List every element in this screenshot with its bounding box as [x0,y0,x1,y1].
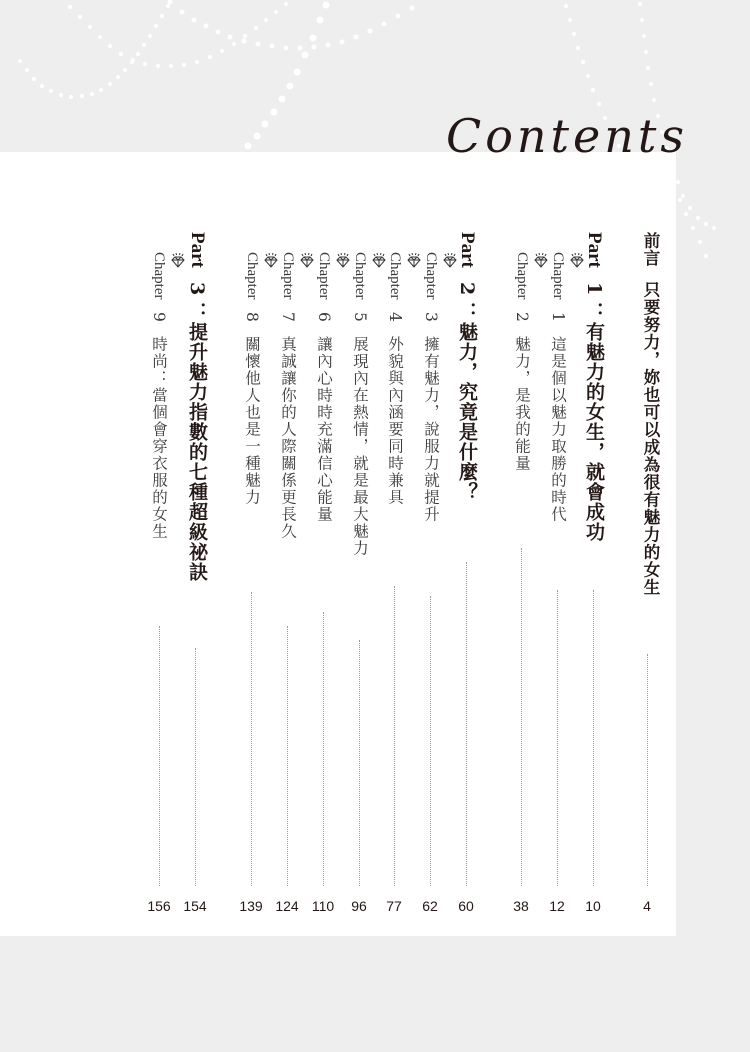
part-label: Part [457,232,478,268]
chapter-title: 魅力，是我的能量 [513,336,531,472]
leader-dots-chapter-9 [159,626,160,886]
chapter-number: 5 [351,312,369,323]
pearl-curve-upper [168,0,415,51]
page-number-part-2[interactable]: 60 [446,898,486,914]
chapter-number: 6 [315,312,333,323]
part-number: 2 [456,282,478,296]
chapter-title: 真誠讓你的人際關係更長久 [279,336,297,540]
page-number-chapter-9[interactable]: 156 [139,898,179,914]
leader-dots-chapter-3 [430,596,431,886]
chapter-label: Chapter [316,252,332,299]
page-number-part-3[interactable]: 154 [175,898,215,914]
chapter-number: 9 [150,312,168,323]
chapter-title: 擁有魅力，說服力就提升 [422,336,440,523]
page-number-chapter-7[interactable]: 124 [267,898,307,914]
toc-entry-preface[interactable]: 前言只要努力，妳也可以成為很有魅力的女生 [638,232,662,596]
page-number-chapter-8[interactable]: 139 [231,898,271,914]
chapter-title: 時尚：當個會穿衣服的女生 [150,336,168,540]
chapter-number: 2 [513,312,531,323]
diamond-icon [263,252,279,268]
page-number-chapter-1[interactable]: 12 [537,898,577,914]
page-number-preface[interactable]: 4 [627,898,667,914]
pearl-curve-left [18,4,170,99]
toc-entry-chapter-5[interactable]: Chapter 5 展現內在熱情，就是最大魅力 [349,252,387,557]
pearl-curve-middle [68,2,288,68]
part-label: Part [187,232,208,268]
leader-dots-part-1 [593,590,594,886]
toc-entry-chapter-3[interactable]: Chapter 3 擁有魅力，說服力就提升 [420,252,458,523]
toc-entry-chapter-6[interactable]: Chapter 6 讓內心時時充滿信心能量 [313,252,351,523]
chapter-number: 1 [549,312,567,323]
leader-dots-chapter-1 [557,590,558,886]
diamond-icon [170,252,186,268]
part-title: 有魅力的女生，就會成功 [583,322,605,542]
page-number-chapter-6[interactable]: 110 [303,898,343,914]
toc-entry-chapter-7[interactable]: Chapter 7 真誠讓你的人際關係更長久 [277,252,315,540]
leader-dots-chapter-4 [394,586,395,886]
page-number-part-1[interactable]: 10 [573,898,613,914]
part-separator: ： [186,302,208,322]
toc-entry-part-1[interactable]: Part 1：有魅力的女生，就會成功 [581,232,608,542]
toc-entry-chapter-9[interactable]: Chapter 9 時尚：當個會穿衣服的女生 [148,252,186,540]
diamond-icon [371,252,387,268]
diamond-icon [442,252,458,268]
page-number-chapter-3[interactable]: 62 [410,898,450,914]
chapter-label: Chapter [387,252,403,299]
chapter-title: 這是個以魅力取勝的時代 [549,336,567,523]
chapter-number: 4 [386,312,404,323]
chapter-number: 7 [279,312,297,323]
chapter-label: Chapter [514,252,530,299]
leader-dots-chapter-5 [359,640,360,886]
chapter-title: 外貌與內涵要同時兼具 [386,336,404,506]
chapter-label: Chapter [423,252,439,299]
page-number-chapter-4[interactable]: 77 [374,898,414,914]
toc-entry-chapter-2[interactable]: Chapter 2 魅力，是我的能量 [511,252,549,472]
chapter-title: 讓內心時時充滿信心能量 [315,336,333,523]
preface-label: 前言 [641,232,660,267]
leader-dots-chapter-8 [251,592,252,886]
leader-dots-preface [647,654,648,886]
chapter-label: Chapter [550,252,566,299]
part-title: 魅力，究竟是什麼？ [456,322,478,502]
leader-dots-part-3 [195,648,196,886]
toc-entry-part-2[interactable]: Part 2：魅力，究竟是什麼？ [454,232,481,502]
toc-entry-chapter-4[interactable]: Chapter 4 外貌與內涵要同時兼具 [384,252,422,506]
page-number-chapter-2[interactable]: 38 [501,898,541,914]
diamond-icon [299,252,315,268]
part-title: 提升魅力指數的七種超級祕訣 [186,322,208,582]
page-title: Contents [446,104,656,168]
toc-entry-part-3[interactable]: Part 3：提升魅力指數的七種超級祕訣 [184,232,211,582]
chapter-title: 關懷他人也是一種魅力 [243,336,261,506]
part-number: 1 [583,282,605,296]
page-number-chapter-5[interactable]: 96 [339,898,379,914]
leader-dots-chapter-2 [521,548,522,886]
chapter-label: Chapter [244,252,260,299]
diamond-icon [533,252,549,268]
chapter-label: Chapter [280,252,296,299]
chapter-number: 3 [422,312,440,323]
leader-dots-part-2 [466,562,467,886]
part-label: Part [584,232,605,268]
leader-dots-chapter-7 [287,626,288,886]
diamond-icon [569,252,585,268]
chapter-title: 展現內在熱情，就是最大魅力 [351,336,369,557]
chapter-number: 8 [243,312,261,323]
diamond-icon [406,252,422,268]
leader-dots-chapter-6 [323,612,324,886]
chapter-label: Chapter [151,252,167,299]
toc-entry-chapter-1[interactable]: Chapter 1 這是個以魅力取勝的時代 [547,252,585,523]
part-separator: ： [456,302,478,322]
part-separator: ： [583,302,605,322]
preface-title: 只要努力，妳也可以成為很有魅力的女生 [641,281,660,596]
part-number: 3 [186,282,208,296]
diamond-icon [335,252,351,268]
toc-entry-chapter-8[interactable]: Chapter 8 關懷他人也是一種魅力 [241,252,279,506]
chapter-label: Chapter [352,252,368,299]
